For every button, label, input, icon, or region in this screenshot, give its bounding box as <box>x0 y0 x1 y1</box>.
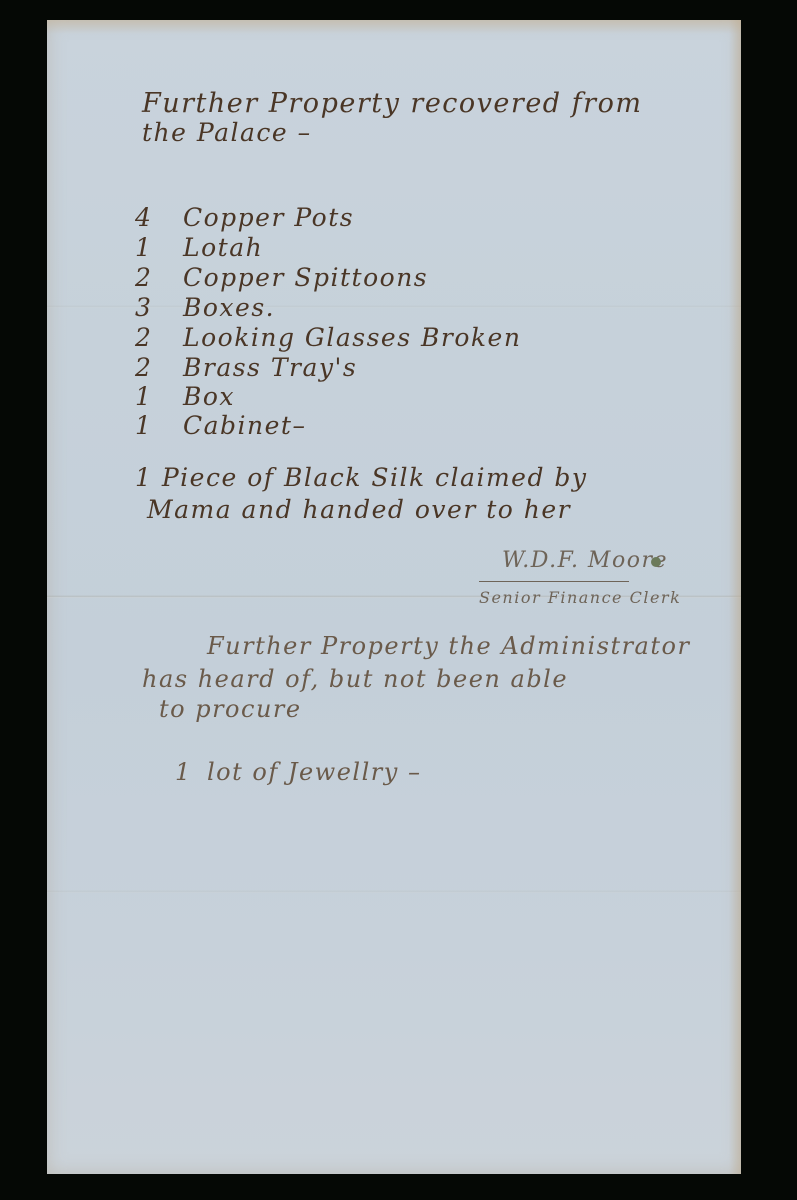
fold-line <box>47 890 741 893</box>
list-item: 4Copper Pots <box>135 203 354 232</box>
item-qty: 2 <box>135 263 183 292</box>
signature-rule <box>479 581 629 582</box>
heading-line-2: the Palace – <box>142 118 312 147</box>
second-section-line-2: has heard of, but not been able <box>142 665 568 693</box>
list-item: 2Looking Glasses Broken <box>135 323 521 352</box>
second-list-item: 1lot of Jewellry – <box>175 758 421 786</box>
item-name: Cabinet– <box>183 411 306 440</box>
list-item: 3Boxes. <box>135 293 275 322</box>
signature-name: W.D.F. Moore <box>502 548 668 573</box>
item-qty: 2 <box>135 353 183 382</box>
item-qty: 4 <box>135 203 183 232</box>
list-item: 2Brass Tray's <box>135 353 357 382</box>
second-section-line-1: Further Property the Administrator <box>207 632 690 660</box>
heading-line-1: Further Property recovered from <box>142 88 642 119</box>
ink-spot <box>651 557 661 567</box>
item-qty: 2 <box>135 323 183 352</box>
list-item: 1Lotah <box>135 233 263 262</box>
item-name: Boxes. <box>183 293 275 322</box>
item-qty: 1 <box>135 411 183 440</box>
list-item: 2Copper Spittoons <box>135 263 428 292</box>
item-name: Lotah <box>183 233 263 262</box>
item-qty: 1 <box>175 758 207 786</box>
item-name: Looking Glasses Broken <box>183 323 521 352</box>
silk-note-line-2: Mama and handed over to her <box>147 495 571 524</box>
item-name: lot of Jewellry – <box>207 758 421 786</box>
item-name: Brass Tray's <box>183 353 357 382</box>
item-name: Copper Pots <box>183 203 354 232</box>
silk-note-line-1: 1 Piece of Black Silk claimed by <box>135 463 588 492</box>
list-item: 1Cabinet– <box>135 411 306 440</box>
item-name: Copper Spittoons <box>183 263 428 292</box>
item-qty: 3 <box>135 293 183 322</box>
item-name: Box <box>183 382 235 411</box>
list-item: 1Box <box>135 382 235 411</box>
item-qty: 1 <box>135 233 183 262</box>
second-section-line-3: to procure <box>159 695 302 723</box>
document-page: Further Property recovered from the Pala… <box>47 20 741 1174</box>
signature-title: Senior Finance Clerk <box>479 588 681 607</box>
item-qty: 1 <box>135 382 183 411</box>
